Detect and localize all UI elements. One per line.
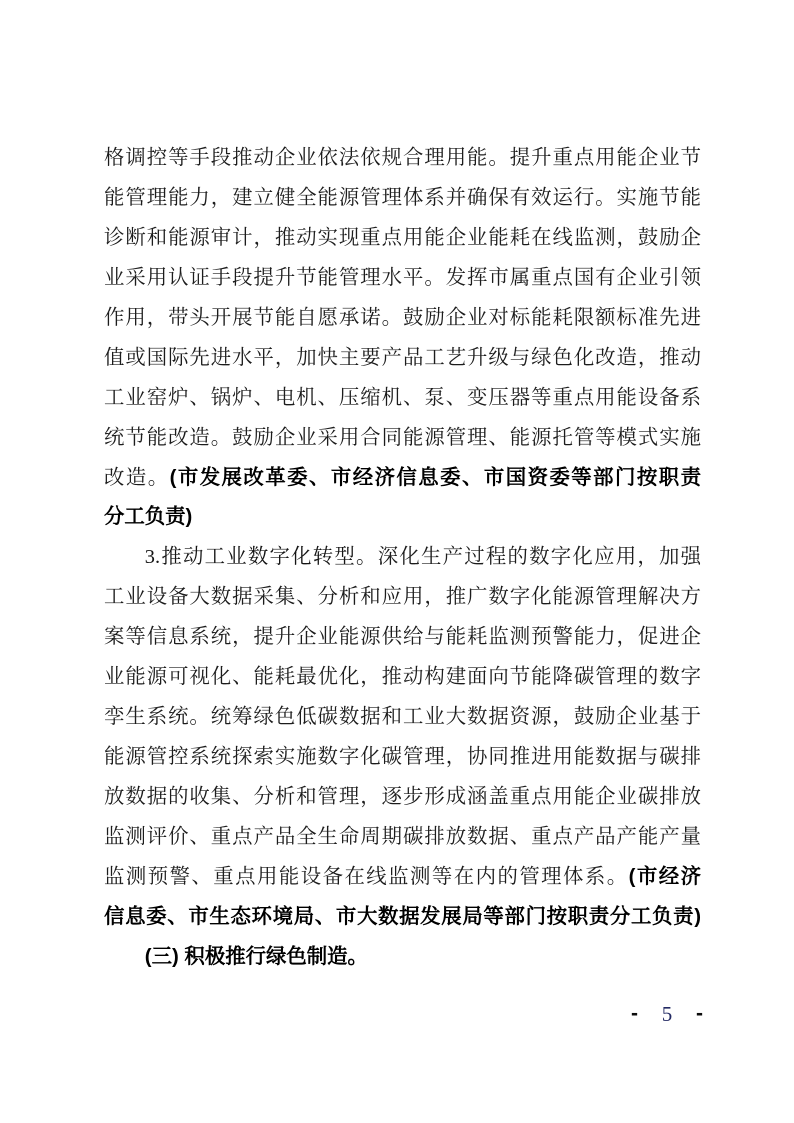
text-line: 信息委、市生态环境局、市大数据发展局等部门按职责分工负责) bbox=[104, 898, 701, 938]
text-segment-bold: (市发展改革委、市经济信息委、市国资委等部门按职责 bbox=[170, 467, 701, 489]
text-segment-body: 业采用认证手段提升节能管理水平。发挥市属重点国有企业引领 bbox=[104, 267, 701, 289]
text-segment-body: 监测预警、重点用能设备在线监测等在内的管理体系。 bbox=[104, 866, 629, 888]
text-segment-bold: 信息委、市生态环境局、市大数据发展局等部门按职责分工负责) bbox=[104, 906, 701, 928]
text-line: 案等信息系统，提升企业能源供给与能耗监测预警能力，促进企 bbox=[104, 618, 701, 658]
text-line: 放数据的收集、分析和管理，逐步形成涵盖重点用能企业碳排放 bbox=[104, 778, 701, 818]
page-number-prefix-dash: - bbox=[631, 999, 638, 1029]
text-line: 值或国际先进水平，加快主要产品工艺升级与绿色化改造，推动 bbox=[104, 339, 701, 379]
text-segment-body: 案等信息系统，提升企业能源供给与能耗监测预警能力，促进企 bbox=[104, 626, 701, 648]
text-line: 分工负责) bbox=[104, 498, 701, 538]
text-segment-body: 深化生产过程的数字化应用，加强 bbox=[378, 546, 701, 568]
document-page: 格调控等手段推动企业依法依规合理用能。提升重点用能企业节能管理能力，建立健全能源… bbox=[0, 0, 794, 1123]
text-line: 统节能改造。鼓励企业采用合同能源管理、能源托管等模式实施 bbox=[104, 419, 701, 459]
text-line: 3.推动工业数字化转型。深化生产过程的数字化应用，加强 bbox=[104, 538, 701, 578]
text-segment-body: 监测评价、重点产品全生命周期碳排放数据、重点产品产能产量 bbox=[104, 826, 701, 848]
document-body: 格调控等手段推动企业依法依规合理用能。提升重点用能企业节能管理能力，建立健全能源… bbox=[104, 139, 701, 978]
text-segment-body: 格调控等手段推动企业依法依规合理用能。提升重点用能企业节 bbox=[104, 147, 701, 169]
text-segment-body: 值或国际先进水平，加快主要产品工艺升级与绿色化改造，推动 bbox=[104, 347, 701, 369]
text-segment-body: 业能源可视化、能耗最优化，推动构建面向节能降碳管理的数字 bbox=[104, 666, 701, 688]
text-segment-body: 工业设备大数据采集、分析和应用，推广数字化能源管理解决方 bbox=[104, 586, 701, 608]
text-segment-body: 作用，带头开展节能自愿承诺。鼓励企业对标能耗限额标准先进 bbox=[104, 307, 701, 329]
text-line: 能管理能力，建立健全能源管理体系并确保有效运行。实施节能 bbox=[104, 179, 701, 219]
text-line: 改造。(市发展改革委、市经济信息委、市国资委等部门按职责 bbox=[104, 459, 701, 499]
text-segment-body: 诊断和能源审计，推动实现重点用能企业能耗在线监测，鼓励企 bbox=[104, 227, 701, 249]
text-line: 能源管控系统探索实施数字化碳管理，协同推进用能数据与碳排 bbox=[104, 738, 701, 778]
text-segment-body: 孪生系统。统筹绿色低碳数据和工业大数据资源，鼓励企业基于 bbox=[104, 706, 701, 728]
text-line: 监测预警、重点用能设备在线监测等在内的管理体系。(市经济 bbox=[104, 858, 701, 898]
text-line: 监测评价、重点产品全生命周期碳排放数据、重点产品产能产量 bbox=[104, 818, 701, 858]
text-line: 工业设备大数据采集、分析和应用，推广数字化能源管理解决方 bbox=[104, 578, 701, 618]
text-segment-body: 统节能改造。鼓励企业采用合同能源管理、能源托管等模式实施 bbox=[104, 427, 701, 449]
text-segment-bold: (市经济 bbox=[629, 866, 701, 888]
text-line: 业能源可视化、能耗最优化，推动构建面向节能降碳管理的数字 bbox=[104, 658, 701, 698]
text-segment-bold: 分工负责) bbox=[104, 506, 192, 528]
text-segment-body: 能管理能力，建立健全能源管理体系并确保有效运行。实施节能 bbox=[104, 187, 701, 209]
text-segment-body: 放数据的收集、分析和管理，逐步形成涵盖重点用能企业碳排放 bbox=[104, 786, 701, 808]
text-lines: 格调控等手段推动企业依法依规合理用能。提升重点用能企业节能管理能力，建立健全能源… bbox=[104, 139, 701, 978]
text-line: 诊断和能源审计，推动实现重点用能企业能耗在线监测，鼓励企 bbox=[104, 219, 701, 259]
text-line: (三) 积极推行绿色制造。 bbox=[104, 938, 701, 978]
text-segment-body: 能源管控系统探索实施数字化碳管理，协同推进用能数据与碳排 bbox=[104, 746, 701, 768]
text-segment-kai: 3.推动工业数字化转型。 bbox=[145, 546, 378, 568]
text-line: 格调控等手段推动企业依法依规合理用能。提升重点用能企业节 bbox=[104, 139, 701, 179]
text-line: 孪生系统。统筹绿色低碳数据和工业大数据资源，鼓励企业基于 bbox=[104, 698, 701, 738]
text-line: 作用，带头开展节能自愿承诺。鼓励企业对标能耗限额标准先进 bbox=[104, 299, 701, 339]
text-line: 业采用认证手段提升节能管理水平。发挥市属重点国有企业引领 bbox=[104, 259, 701, 299]
page-number: - 5 - bbox=[631, 999, 703, 1029]
text-segment-bold: (三) 积极推行绿色制造。 bbox=[145, 946, 368, 968]
text-line: 工业窑炉、锅炉、电机、压缩机、泵、变压器等重点用能设备系 bbox=[104, 379, 701, 419]
text-segment-body: 改造。 bbox=[104, 467, 170, 489]
text-segment-body: 工业窑炉、锅炉、电机、压缩机、泵、变压器等重点用能设备系 bbox=[104, 387, 701, 409]
page-number-suffix-dash: - bbox=[696, 999, 703, 1029]
page-number-value: 5 bbox=[662, 999, 673, 1029]
